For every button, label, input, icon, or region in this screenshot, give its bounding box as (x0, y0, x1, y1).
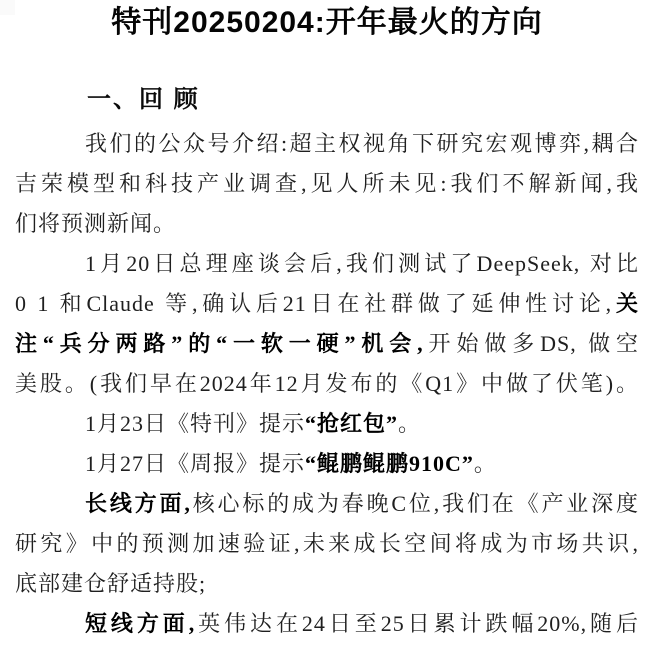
line-text: 开始做多DS, 做空 (424, 331, 639, 356)
line-bold-text: 注“兵分两路”的“一软一硬”机会, (15, 331, 424, 356)
text-line: 长线方面,核心标的成为春晚C位,我们在《产业深度 (15, 484, 639, 524)
line-text: 美股。(我们早在2024年12月发布的《Q1》中做了伏笔)。 (15, 371, 639, 396)
line-text: 1月27日《周报》提示 (85, 451, 305, 476)
text-line: 1月20日总理座谈会后,我们测试了DeepSeek, 对比 (15, 244, 639, 284)
line-text: 英伟达在24日至25日累计跌幅20%,随后 (195, 611, 639, 636)
line-text: 研究》中的预测加速验证,未来成长空间将成为市场共识, (15, 531, 639, 556)
text-line: 们将预测新闻。 (15, 204, 639, 244)
text-line: 1月27日《周报》提示“鲲鹏鲲鹏910C”。 (15, 444, 639, 484)
line-text: 核心标的成为春晚C位,我们在《产业深度 (191, 491, 639, 516)
line-bold-text: 短线方面, (85, 611, 195, 636)
text-line: 美股。(我们早在2024年12月发布的《Q1》中做了伏笔)。 (15, 364, 639, 404)
line-text: 底部建仓舒适持股; (15, 571, 206, 596)
line-text: 0 1 和Claude 等,确认后21日在社群做了延伸性讨论, (15, 291, 612, 316)
line-bold-text: 长线方面, (85, 491, 191, 516)
text-line: 0 1 和Claude 等,确认后21日在社群做了延伸性讨论,关 (15, 284, 639, 324)
line-bold-text: “抢红包” (305, 411, 398, 436)
text-line: 1月23日《特刊》提示“抢红包”。 (15, 404, 639, 444)
article-body: 我们的公众号介绍:超主权视角下研究宏观博弈,耦合 吉荣模型和科技产业调查,见人所… (15, 124, 639, 644)
corner-artifact (0, 0, 15, 15)
text-line: 研究》中的预测加速验证,未来成长空间将成为市场共识, (15, 524, 639, 564)
line-bold-text: “鲲鹏鲲鹏910C” (305, 451, 474, 476)
line-text: 我们的公众号介绍:超主权视角下研究宏观博弈,耦合 (85, 131, 639, 156)
section-heading: 一、回 顾 (15, 80, 639, 120)
text-line: 底部建仓舒适持股; (15, 564, 639, 604)
line-text: 。 (474, 451, 497, 476)
text-line: 注“兵分两路”的“一软一硬”机会,开始做多DS, 做空 (15, 324, 639, 364)
line-bold-text: 关 (612, 291, 639, 316)
text-line: 吉荣模型和科技产业调查,见人所未见:我们不解新闻,我 (15, 164, 639, 204)
text-line: 我们的公众号介绍:超主权视角下研究宏观博弈,耦合 (15, 124, 639, 164)
line-text: 1月20日总理座谈会后,我们测试了DeepSeek, 对比 (85, 251, 639, 276)
line-text: 们将预测新闻。 (15, 211, 176, 236)
text-line: 短线方面,英伟达在24日至25日累计跌幅20%,随后 (15, 604, 639, 644)
line-text: 1月23日《特刊》提示 (85, 411, 305, 436)
document-page: 特刊20250204:开年最火的方向 一、回 顾 我们的公众号介绍:超主权视角下… (0, 0, 653, 647)
line-text: 吉荣模型和科技产业调查,见人所未见:我们不解新闻,我 (15, 171, 639, 196)
page-title: 特刊20250204:开年最火的方向 (15, 2, 639, 44)
line-text: 。 (398, 411, 421, 436)
